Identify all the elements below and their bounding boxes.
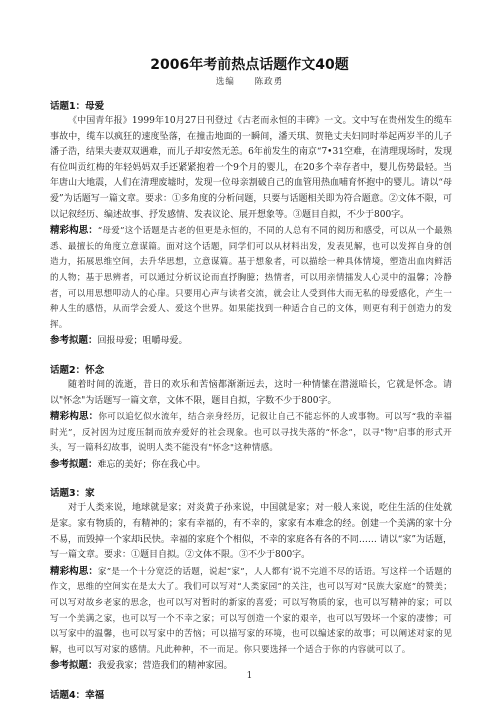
label-separator: ： [88,459,98,470]
topic-section-1: 话题1：母爱 《中国青年报》1999年10月27日刊登过《古老而永恒的丰碑》一文… [50,100,452,350]
reference-titles: 参考拟题：难忘的美好；你在我心中。 [50,457,452,474]
idea-text: “母爱”这个话题是古老的但更是永恒的，不同的人总有不同的阅历和感受，可以从一个最… [50,226,452,330]
topic-prompt: 随着时间的流逝，昔日的欢乐和苦恼都渐渐远去，这时一种情愫在潜滋暗长，它就是怀念。… [50,378,452,409]
topic-section-4: 话题4：幸福 [50,689,452,703]
idea-label: 精彩构思 [50,566,88,577]
ref-label: 参考拟题 [50,459,88,470]
document-page: 2006年考前热点话题作文40题 选编 陈政勇 话题1：母爱 《中国青年报》19… [0,0,499,705]
idea-label: 精彩构思 [50,225,88,236]
topic-heading: 话题3：家 [50,487,452,501]
document-title: 2006年考前热点话题作文40题 [0,54,499,74]
ref-text: 难忘的美好；你在我心中。 [98,460,206,470]
author-line: 选编 陈政勇 [0,75,499,87]
section-gap [50,473,452,487]
label-separator: ： [88,225,98,236]
ref-label: 参考拟题 [50,660,88,671]
idea-paragraph: 精彩构思：“母爱”这个话题是古老的但更是永恒的，不同的人总有不同的阅历和感受，可… [50,223,452,333]
topic-section-3: 话题3：家 对于人类来说，地球就是家；对炎黄子孙来说，中国就是家；对一般人来说，… [50,487,452,675]
idea-text: 家”是一个十分宽泛的话题，说起“家”，人人都有‘说不完道不尽的话语。写这样一个话… [50,567,452,655]
idea-text: 你可以追忆似水流年，结合亲身经历，记叙让自己不能忘怀的人或事物。可以写“我的幸福… [50,412,452,453]
ref-text: 我爱我家；营造我们的精神家园。 [98,661,233,671]
topic-section-2: 话题2：怀念 随着时间的流逝，昔日的欢乐和苦恼都渐渐远去，这时一种情愫在潜滋暗长… [50,364,452,474]
label-separator: ： [88,566,98,577]
topic-prompt: 《中国青年报》1999年10月27日刊登过《古老而永恒的丰碑》一文。文中写在贵州… [50,114,452,223]
idea-paragraph: 精彩构思：你可以追忆似水流年，结合亲身经历，记叙让自己不能忘怀的人或事物。可以写… [50,409,452,457]
page-number: 1 [0,671,499,681]
ref-label: 参考拟题 [50,335,88,346]
topic-heading: 话题2：怀念 [50,364,452,378]
author-name: 陈政勇 [255,77,284,87]
ref-text: 回报母爱；咀嚼母爱。 [98,336,188,346]
section-gap [50,350,452,364]
reference-titles: 参考拟题：回报母爱；咀嚼母爱。 [50,333,452,350]
label-separator: ： [89,411,99,422]
label-separator: ： [88,335,98,346]
label-separator: ： [88,660,98,671]
topic-heading: 话题4：幸福 [50,689,452,703]
author-role: 选编 [216,77,235,87]
idea-label: 精彩构思 [50,411,89,422]
topic-heading: 话题1：母爱 [50,100,452,114]
idea-paragraph: 精彩构思：家”是一个十分宽泛的话题，说起“家”，人人都有‘说不完道不尽的话语。写… [50,564,452,659]
topic-prompt: 对于人类来说，地球就是家；对炎黄子孙来说，中国就是家；对一般人来说，吃住生活的住… [50,501,452,563]
document-body: 话题1：母爱 《中国青年报》1999年10月27日刊登过《古老而永恒的丰碑》一文… [50,100,452,703]
